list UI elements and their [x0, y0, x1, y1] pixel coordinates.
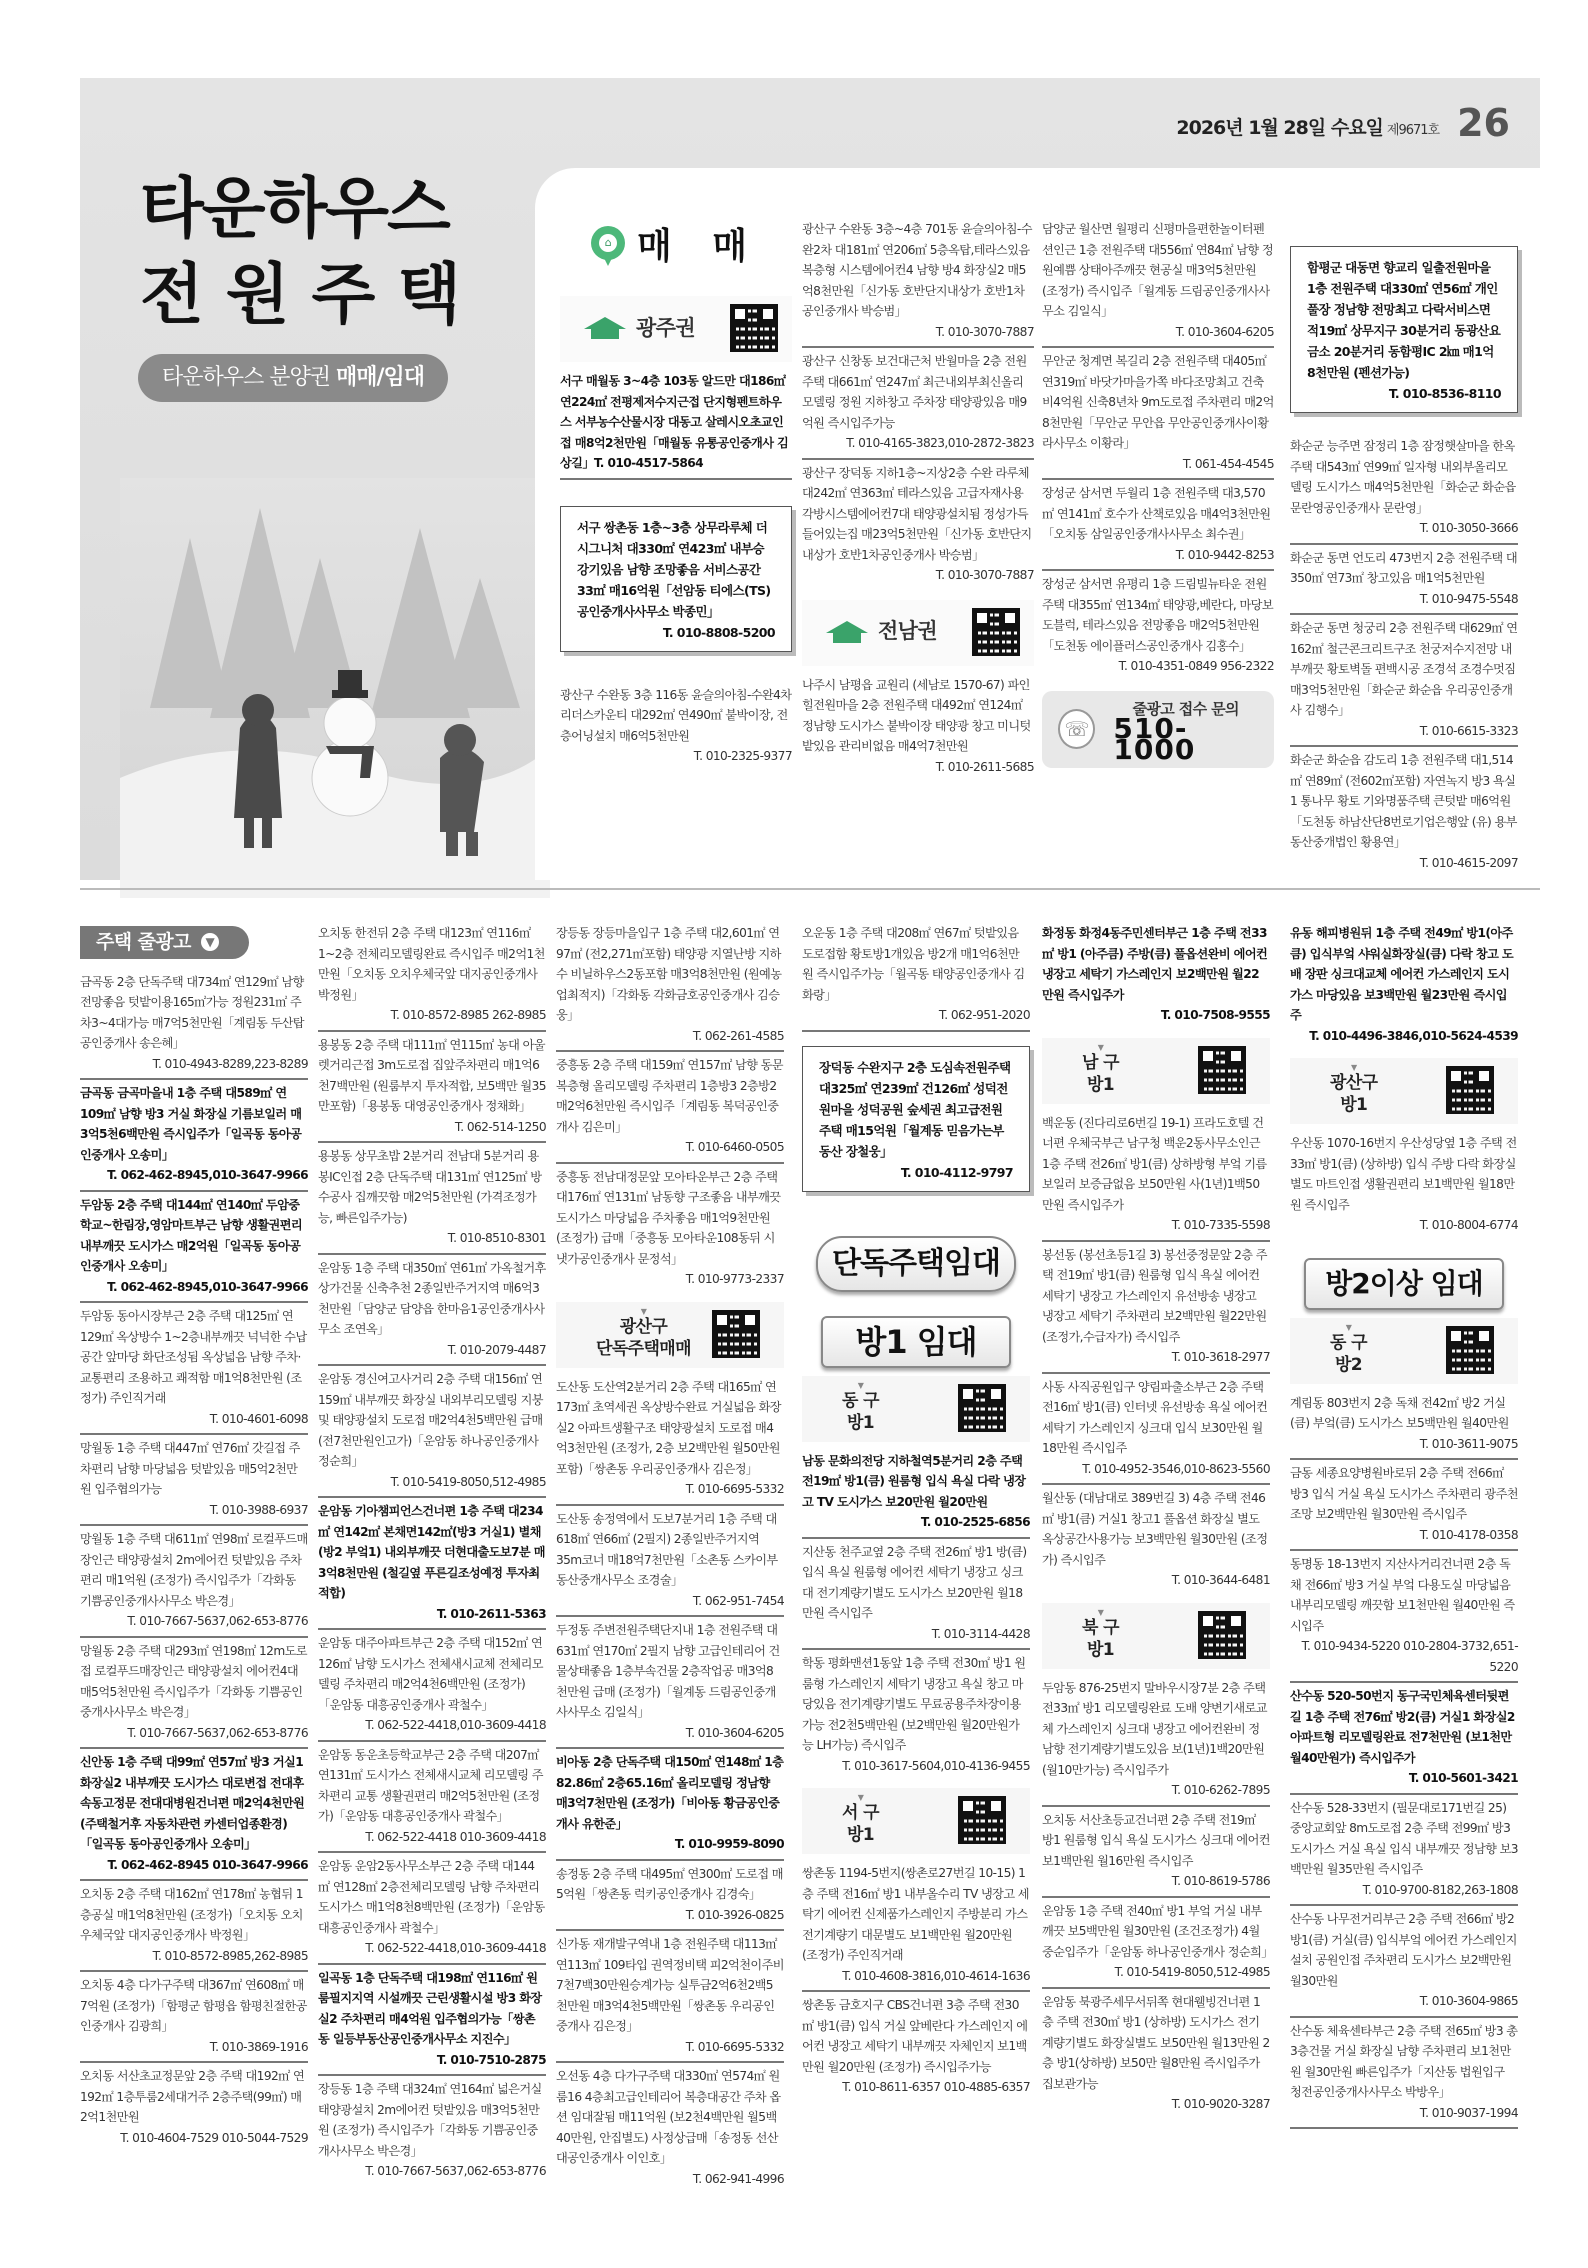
issue-date: 2026년 1월 28일 수요일 — [1176, 117, 1383, 139]
listing: 사동 사직공원입구 양림파출소부근 2층 주택 전16㎡ 방1(큼) 인터넷 유… — [1042, 1374, 1270, 1486]
listing: 운암동 대주아파트부근 2층 주택 대152㎡ 연126㎡ 남향 도시가스 전체… — [318, 1630, 546, 1742]
listing: 유동 해피병원뒤 1층 주택 전49㎡ 방1(아주큼) 입식부엌 샤워실화장실(… — [1290, 920, 1518, 1050]
hero-subtitle-pill: 타운하우스 분양권 매매/임대 — [138, 354, 448, 402]
listing-phone: T. 010-9442-8253 — [1042, 545, 1274, 566]
qr-code-icon[interactable] — [1446, 1066, 1494, 1114]
boxed-listing: 서구 쌍촌동 1층~3층 상무라루체 더시그니처 대330㎡ 연423㎡ 내부승… — [560, 506, 792, 652]
listing: 비아동 2층 단독주택 대150㎡ 연148㎡ 1층82.86㎡ 2층65.16… — [556, 1749, 784, 1861]
listing: 담양군 월산면 월평리 신평마을편한놀이터펜션인근 1층 전원주택 대556㎡ … — [1042, 216, 1274, 348]
region-header-jeonnam: 전남권 — [802, 600, 1034, 666]
listing: 장성군 삼서면 유평리 1층 드림빌뉴타운 전원주택 대355㎡ 연134㎡ 태… — [1042, 571, 1274, 681]
listing: 금동 세종요양병원바로뒤 2층 주택 전66㎡ 방3 입식 거실 욕실 도시가스… — [1290, 1460, 1518, 1551]
listing: 망월동 2층 주택 대293㎡ 연198㎡ 12m도로접 로컬푸드매장인근 태양… — [80, 1638, 308, 1750]
listing: 산수동 나무전거리부근 2층 주택 전66㎡ 방2 방1(큼) 거실(큼) 입식… — [1290, 1906, 1518, 2018]
subheader-buk-gu-room1: 북 구방1 — [1042, 1603, 1270, 1669]
listing: 화순군 동면 청궁리 2층 전원주택 대629㎡ 연162㎡ 철근콘크리트구조 … — [1290, 615, 1518, 747]
qr-code-icon[interactable] — [1198, 1046, 1246, 1094]
listing-phone: T. 061-454-4545 — [1042, 454, 1274, 475]
listing: 두암동 876-25번지 말바우시장7분 2층 주택 전33㎡ 방1 리모델링완… — [1042, 1675, 1270, 1807]
sale-column-3: 담양군 월산면 월평리 신평마을편한놀이터펜션인근 1층 전원주택 대556㎡ … — [1042, 216, 1274, 768]
listing: 오치동 한전뒤 2층 주택 대123㎡ 연116㎡ 1~2층 전체리모델링완료 … — [318, 920, 546, 1032]
qr-code-icon[interactable] — [1198, 1611, 1246, 1659]
listing: 용봉동 상무초밥 2분거리 전남대 5분거리 용봉IC인접 2층 단독주택 대1… — [318, 1143, 546, 1255]
listing: 운암동 경신여고사거리 2층 주택 대156㎡ 연159㎡ 내부깨끗 화장실 내… — [318, 1366, 546, 1498]
listing: 봉선동 (봉선초등1길 3) 봉선중정문앞 2층 주택 전19㎡ 방1(큼) 원… — [1042, 1242, 1270, 1374]
subheader-nam-gu-room1: 남 구방1 — [1042, 1038, 1270, 1104]
listing: 계림동 803번지 2층 독채 전42㎡ 방2 거실(큼) 부엌(큼) 도시가스… — [1290, 1390, 1518, 1461]
classified-column-1: 주택 줄광고▼ 금곡동 2층 단독주택 대734㎡ 연129㎡ 남향 전망좋음 … — [80, 926, 308, 2152]
listing: 광산구 신창동 보건대근처 반월마을 2층 전원주택 대661㎡ 연247㎡ 최… — [802, 348, 1034, 460]
location-pin-icon: ⌂ — [591, 226, 625, 268]
qr-code-icon[interactable] — [1446, 1326, 1494, 1374]
qr-code-icon[interactable] — [730, 304, 778, 352]
listing: 운암동 기아챔피언스건너편 1층 주택 대234㎡ 연142㎡ 본채면142㎡(… — [318, 1498, 546, 1630]
subheader-gwangsan-gu-room1: 광산구방1 — [1290, 1058, 1518, 1124]
listing: 금곡동 금곡마을내 1층 주택 대589㎡ 연109㎡ 남향 방3 거실 화장실… — [80, 1080, 308, 1192]
subheader-gwangsan-house-sale: 광산구단독주택매매 — [556, 1302, 784, 1368]
listing: 일곡동 1층 단독주택 대198㎡ 연116㎡ 원룸필지지역 시설깨끗 근린생활… — [318, 1965, 546, 2077]
listing: 오운동 1층 주택 대208㎡ 연67㎡ 텃밭있음 도로접함 황토방1개있음 방… — [802, 920, 1030, 1032]
listing: 학동 평화맨션1동앞 1층 주택 전30㎡ 방1 원룸형 가스레인지 세탁기 냉… — [802, 1650, 1030, 1780]
listing: 두암동 동아시장부근 2층 주택 대125㎡ 연129㎡ 옥상방수 1~2층내부… — [80, 1303, 308, 1435]
section-title-room1-rental: 방1 임대 — [821, 1316, 1011, 1368]
listing-phone: T. 010-3050-3666 — [1290, 518, 1518, 539]
classified-column-2: 오치동 한전뒤 2층 주택 대123㎡ 연116㎡ 1~2층 전체리모델링완료 … — [318, 920, 546, 2186]
listing: 쌍촌동 1194-5번지(쌍촌로27번길 10-15) 1층 주택 전16㎡ 방… — [802, 1860, 1030, 1992]
listing: 운암동 동운초등학교부근 2층 주택 대207㎡ 연131㎡ 도시가스 전체새시… — [318, 1742, 546, 1854]
listing: 장등동 장등마을입구 1층 주택 대2,601㎡ 연97㎡ (전2,271㎡포함… — [556, 920, 784, 1052]
listing-phone: T. 010-6615-3323 — [1290, 721, 1518, 742]
house-icon — [826, 621, 868, 643]
listing: 동명동 18-13번지 지산사거리건너편 2층 독채 전66㎡ 방3 거실 부엌… — [1290, 1551, 1518, 1683]
listing: 장성군 삼서면 두월리 1층 전원주택 대3,570㎡ 연141㎡ 호수가 산책… — [1042, 480, 1274, 571]
section-title-house-rental: 단독주택임대 — [816, 1236, 1016, 1292]
classified-column-3: 장등동 장등마을입구 1층 주택 대2,601㎡ 연97㎡ (전2,271㎡포함… — [556, 920, 784, 2193]
listing: 두암동 2층 주택 대144㎡ 연140㎡ 두암중학교~한림장,영암마트부근 남… — [80, 1192, 308, 1304]
listing: 운암동 1층 주택 전40㎡ 방1 부엌 거실 내부깨끗 보5백만원 월30만원… — [1042, 1898, 1270, 1989]
listing: 광산구 장덕동 지하1층~지상2층 수완 라루체 대242㎡ 연363㎡ 테라스… — [802, 460, 1034, 590]
listing-phone: T. 010-3604-6205 — [1042, 322, 1274, 343]
subheader-dong-gu-room1: 동 구방1 — [802, 1376, 1030, 1442]
hero-title: 타운하우스 전원주택 — [140, 166, 483, 338]
listing: 신안동 1층 주택 대99㎡ 연57㎡ 방3 거실1 화장실2 내부깨끗 도시가… — [80, 1749, 308, 1881]
issue-number: 제9671호 — [1387, 123, 1439, 138]
section-divider — [80, 888, 1540, 890]
ad-inquiry-callout[interactable]: ☏ 줄광고 접수 문의 510-1000 — [1042, 691, 1274, 769]
boxed-listing: 함평군 대동면 향교리 일출전원마을 1층 전원주택 대330㎡ 연56㎡ 개인… — [1290, 246, 1518, 413]
listing-phone: T. 010-2325-9377 — [560, 746, 792, 767]
listing-phone: T. 010-4351-0849 956-2322 — [1042, 656, 1274, 677]
section-label-house-classifieds: 주택 줄광고▼ — [80, 926, 249, 959]
listing: 광산구 수완동 3층 116동 윤슬의아침-수완4차리더스카운티 대292㎡ 연… — [560, 682, 792, 771]
boxed-listing: 장덕동 수완지구 2층 도심속전원주택 대325㎡ 연239㎡ 건126㎡ 성덕… — [802, 1046, 1030, 1192]
section-title-room2-rental: 방2이상 임대 — [1304, 1258, 1504, 1310]
listing: 오치동 서산초등교건너편 2층 주택 전19㎡ 방1 원룸형 입식 욕실 도시가… — [1042, 1807, 1270, 1898]
subheader-seo-gu-room1: 서 구방1 — [802, 1788, 1030, 1854]
listing: 운암동 북광주세무서뒤쪽 현대웰빙건너편 1층 주택 전30㎡ 방1 (상하방)… — [1042, 1989, 1270, 2119]
listing: 송정동 2층 주택 대495㎡ 연300㎡ 도로접 매5억원「쌍촌동 럭키공인중… — [556, 1861, 784, 1932]
listing: 서구 매월동 3~4층 103동 알드만 대186㎡ 연224㎡ 전평제저수지근… — [560, 368, 792, 480]
arrow-down-icon: ▼ — [201, 933, 219, 951]
listing: 화정동 화정4동주민센터부근 1층 주택 전33㎡ 방1 (아주큼) 주방(큼)… — [1042, 920, 1270, 1030]
listing: 산수동 체육센타부근 2층 주택 전65㎡ 방3 총3층건물 거실 화장실 남향… — [1290, 2018, 1518, 2130]
listing: 나주시 남평읍 교원리 (세남로 1570-67) 파인힐전원마을 2층 전원주… — [802, 672, 1034, 782]
region-header-gwangju: 광주권 — [560, 296, 792, 362]
classified-column-6: 유동 해피병원뒤 1층 주택 전49㎡ 방1(아주큼) 입식부엌 샤워실화장실(… — [1290, 920, 1518, 2129]
listing: 광산구 수완동 3층~4층 701동 윤슬의아침-수완2차 대181㎡ 연206… — [802, 216, 1034, 348]
listing: 화순군 화순읍 감도리 1층 전원주택 대1,514㎡ 연89㎡ (전602㎡포… — [1290, 747, 1518, 877]
winter-illustration — [120, 478, 550, 898]
listing-phone: T. 010-8808-5200 — [577, 622, 775, 643]
qr-code-icon[interactable] — [972, 608, 1020, 656]
qr-code-icon[interactable] — [958, 1796, 1006, 1844]
listing: 화순군 동면 언도리 473번지 2층 전원주택 대350㎡ 연73㎡ 창고있음… — [1290, 545, 1518, 616]
listing-phone: T. 010-4615-2097 — [1290, 853, 1518, 874]
listing: 망월동 1층 주택 대611㎡ 연98㎡ 로컬푸드매장인근 태양광설치 2m에어… — [80, 1526, 308, 1638]
classified-column-4: 오운동 1층 주택 대208㎡ 연67㎡ 텃밭있음 도로접함 황토방1개있음 방… — [802, 920, 1030, 2102]
sale-column-1: ⌂ 매 매 광주권 서구 매월동 3~4층 103동 알드만 대186㎡ 연22… — [560, 208, 792, 771]
listing: 중흥동 2층 주택 대159㎡ 연157㎡ 남향 동문 복층형 올리모델링 주차… — [556, 1052, 784, 1164]
sale-column-2: 광산구 수완동 3층~4층 701동 윤슬의아침-수완2차 대181㎡ 연206… — [802, 216, 1034, 781]
listing-phone: T. 010-9475-5548 — [1290, 589, 1518, 610]
sale-heading: ⌂ 매 매 — [560, 208, 792, 296]
listing: 오치동 2층 주택 대162㎡ 연178㎡ 농협뒤 1층공실 매1억8천만원 (… — [80, 1881, 308, 1972]
listing: 백운동 (진다리로6번길 19-1) 프라도호텔 건너편 우체국부근 남구청 백… — [1042, 1110, 1270, 1242]
hero-title-line2: 전원주택 — [140, 252, 483, 338]
listing: 남동 문화의전당 지하철역5분거리 2층 주택 전19㎡ 방1(큼) 원룸형 입… — [802, 1448, 1030, 1539]
listing: 지산동 천주교옆 2층 주택 전26㎡ 방1 방(큼) 입식 욕실 원룸형 에어… — [802, 1539, 1030, 1651]
listing-phone: T. 010-2611-5685 — [802, 757, 1034, 778]
page-header: 2026년 1월 28일 수요일제9671호 26 — [1176, 106, 1510, 140]
listing: 오치동 서산초교정문앞 2층 주택 대192㎡ 연192㎡ 1층투룸2세대거주 … — [80, 2063, 308, 2152]
listing: 금곡동 2층 단독주택 대734㎡ 연129㎡ 남향 전망좋음 텃밭이용165㎡… — [80, 969, 308, 1081]
listing: 망월동 1층 주택 대447㎡ 연76㎡ 갓길접 주차편리 남향 마당넓음 텃밭… — [80, 1435, 308, 1526]
page-number: 26 — [1457, 106, 1510, 140]
listing: 오선동 4층 다가구주택 대330㎡ 연574㎡ 원룸16 4층최고급인테리어 … — [556, 2063, 784, 2193]
listing: 도산동 송정역에서 도보7분거리 1층 주택 대618㎡ 연66㎡ (2필지) … — [556, 1506, 784, 1618]
listing: 오치동 4층 다가구주택 대367㎡ 연608㎡ 매7억원 (조정가)「함평군 … — [80, 1972, 308, 2063]
qr-code-icon[interactable] — [958, 1384, 1006, 1432]
listing: 무안군 청계면 복길리 2층 전원주택 대405㎡ 연319㎡ 바닷가마을가쪽 … — [1042, 348, 1274, 480]
listing: 도산동 도산역2분거리 2층 주택 대165㎡ 연173㎡ 초역세권 옥상방수완… — [556, 1374, 784, 1506]
listing-phone: T. 010-8536-8110 — [1307, 383, 1501, 404]
classified-column-5: 화정동 화정4동주민센터부근 1층 주택 전33㎡ 방1 (아주큼) 주방(큼)… — [1042, 920, 1270, 2119]
listing: 중흥동 전남대정문앞 모아타운부근 2층 주택 대176㎡ 연131㎡ 남동향 … — [556, 1164, 784, 1294]
listing: 운암동 1층 주택 대350㎡ 연61㎡ 가옥철거후 상가건물 신축추천 2종일… — [318, 1255, 546, 1367]
listing: 월산동 (대남대로 389번길 3) 4층 주택 전46㎡ 방1(큼) 거실1 … — [1042, 1485, 1270, 1595]
subheader-dong-gu-room2: 동 구방2 — [1290, 1318, 1518, 1384]
house-icon — [584, 317, 626, 339]
phone-icon: ☏ — [1058, 709, 1095, 749]
listing: 산수동 528-33번지 (필문대로171번길 25) 중앙교회앞 8m도로접 … — [1290, 1795, 1518, 1907]
listing: 용봉동 2층 주택 대111㎡ 연115㎡ 농대 아울렛거리근접 3m도로접 집… — [318, 1032, 546, 1144]
listing: 우산동 1070-16번지 우산성당옆 1층 주택 전33㎡ 방1(큼) (상하… — [1290, 1130, 1518, 1240]
listing-phone: T. 010-3070-7887 — [802, 565, 1034, 586]
qr-code-icon[interactable] — [712, 1310, 760, 1358]
listing: 신가동 재개발구역내 1층 전원주택 대113㎡ 연113㎡ 109타입 권역정… — [556, 1931, 784, 2063]
listing: 장등동 1층 주택 대324㎡ 연164㎡ 넓은거실 태양광설치 2m에어컨 텃… — [318, 2076, 546, 2186]
sale-column-4: 함평군 대동면 향교리 일출전원마을 1층 전원주택 대330㎡ 연56㎡ 개인… — [1290, 218, 1518, 877]
listing: 두정동 주변전원주택단지내 1층 전원주택 대631㎡ 연170㎡ 2필지 남향… — [556, 1617, 784, 1749]
listing: 화순군 능주면 잠정리 1층 잠정햇살마을 한옥주택 대543㎡ 연99㎡ 일자… — [1290, 433, 1518, 545]
listing: 산수동 520-50번지 동구국민체육센터뒷편길 1층 주택 전76㎡ 방2(큼… — [1290, 1683, 1518, 1795]
listing-phone: T. 010-4165-3823,010-2872-3823 — [802, 433, 1034, 454]
inquiry-phone-number: 510-1000 — [1113, 719, 1258, 760]
hero-title-line1: 타운하우스 — [140, 166, 483, 252]
listing: 운암동 운암2동사무소부근 2층 주택 대144㎡ 연128㎡ 2층전체리모델링… — [318, 1853, 546, 1965]
listing-phone: T. 010-3070-7887 — [802, 322, 1034, 343]
listing: 쌍촌동 금호지구 CBS건너편 3층 주택 전30㎡ 방1(큼) 입식 거실 앞… — [802, 1992, 1030, 2102]
